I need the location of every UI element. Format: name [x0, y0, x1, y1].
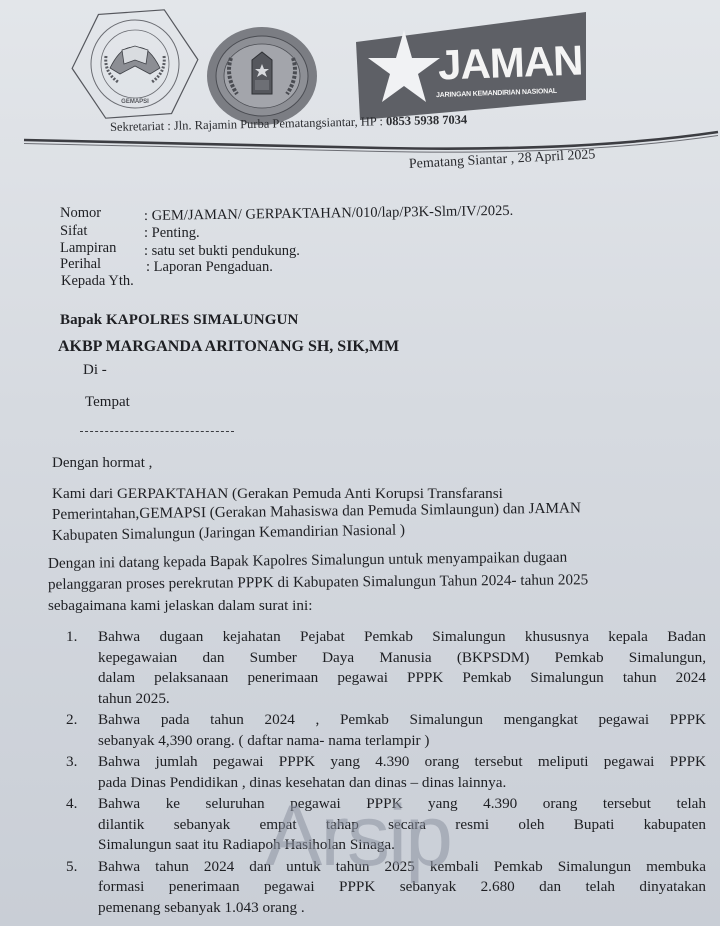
recipient-di: Di - — [83, 362, 107, 379]
list-item: 3. Bahwa jumlah pegawai PPPK yang 4.390 … — [66, 752, 706, 793]
intro-paragraph: Kami dari GERPAKTAHAN (Gerakan Pemuda An… — [52, 483, 692, 546]
gemapsi-logo: GEMAPSI — [70, 8, 200, 120]
meta-label: Sifat — [60, 223, 87, 239]
meta-value: : satu set bukti pendukung. — [144, 243, 300, 259]
meta-label: Lampiran — [60, 240, 116, 256]
meta-label: Perihal — [60, 256, 101, 272]
list-line: tahun 2025. — [98, 689, 706, 710]
salutation: Dengan hormat , — [52, 455, 152, 472]
complaint-points: 1. Bahwa dugaan kejahatan Pejabat Pemkab… — [66, 627, 706, 919]
recipient-title: Bapak KAPOLRES SIMALUNGUN — [60, 312, 298, 329]
list-line: sebanyak 4,390 orang. ( daftar nama- nam… — [98, 731, 706, 752]
letter-page: GEMAPSI JAMAN JARINGAN KEMANDIRIAN NASIO… — [0, 0, 720, 926]
meta-label: Nomor — [60, 205, 101, 221]
list-line: dalam pelaksanaan penerimaan pegawai PPP… — [98, 668, 706, 689]
meta-label: Kepada Yth. — [61, 273, 134, 289]
meta-value: : Laporan Pengaduan. — [146, 259, 273, 275]
svg-text:GEMAPSI: GEMAPSI — [121, 99, 149, 105]
list-item: 4. Bahwa ke seluruhan pegawai PPPK yang … — [66, 794, 706, 856]
recipient-name: AKBP MARGANDA ARITONANG SH, SIK,MM — [58, 338, 399, 356]
gerpaktahan-logo — [205, 24, 320, 128]
list-line: pemenang sebanyak 1.043 orang . — [98, 898, 706, 919]
jaman-logo: JAMAN JARINGAN KEMANDIRIAN NASIONAL — [356, 12, 586, 122]
jaman-title: JAMAN — [437, 39, 583, 86]
list-item: 1. Bahwa dugaan kejahatan Pejabat Pemkab… — [66, 627, 706, 709]
list-line: kepegawaian dan Sumber Daya Manusia (BKP… — [98, 648, 706, 669]
list-line: formasi penerimaan pegawai PPPK sebanyak… — [98, 877, 706, 898]
paragraph-line: pelanggaran proses perekrutan PPPK di Ka… — [48, 569, 678, 595]
list-line: Bahwa ke seluruhan pegawai PPPK yang 4.3… — [98, 794, 706, 815]
list-line: Bahwa dugaan kejahatan Pejabat Pemkab Si… — [98, 627, 706, 648]
recipient-place: Tempat — [85, 394, 130, 411]
list-line: Simalungun saat itu Radiapoh Hasiholan S… — [98, 835, 706, 856]
dashed-divider — [80, 431, 234, 432]
list-number: 1. — [66, 627, 77, 648]
list-item: 2. Bahwa pada tahun 2024 , Pemkab Simalu… — [66, 710, 706, 751]
list-number: 2. — [66, 710, 77, 731]
purpose-paragraph: Dengan ini datang kepada Bapak Kapolres … — [48, 553, 678, 616]
list-line: pada Dinas Pendidikan , dinas kesehatan … — [98, 773, 706, 794]
paragraph-line: sebagaimana kami jelaskan dalam surat in… — [48, 595, 678, 616]
list-line: Bahwa tahun 2024 dan untuk tahun 2025 ke… — [98, 857, 706, 878]
meta-value: : Penting. — [144, 225, 200, 241]
list-line: dilantik sebanyak empat tahap secara res… — [98, 815, 706, 836]
list-line: Bahwa pada tahun 2024 , Pemkab Simalungu… — [98, 710, 706, 731]
list-number: 5. — [66, 857, 77, 878]
list-line: Bahwa jumlah pegawai PPPK yang 4.390 ora… — [98, 752, 706, 773]
list-number: 4. — [66, 794, 77, 815]
secretariat-phone: 0853 5938 7034 — [386, 113, 468, 129]
header-divider — [22, 130, 720, 160]
list-number: 3. — [66, 752, 77, 773]
meta-value: : GEM/JAMAN/ GERPAKTAHAN/010/lap/P3K-Slm… — [144, 203, 513, 224]
list-item: 5. Bahwa tahun 2024 dan untuk tahun 2025… — [66, 857, 706, 919]
